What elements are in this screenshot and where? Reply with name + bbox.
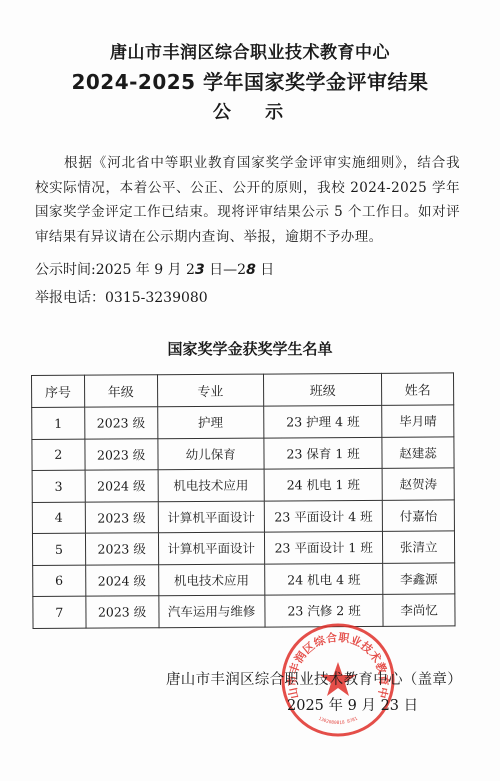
cell-seq: 4: [32, 502, 85, 534]
notice-paragraph: 根据《河北省中等职业教育国家奖学金评审实施细则》，结合我校实际情况，本着公平、公…: [35, 151, 460, 249]
cell-major: 汽车运用与维修: [158, 595, 265, 627]
signature-date: 2025 年 9 月 23 日: [287, 694, 418, 715]
cell-class: 23 平面设计 4 班: [264, 500, 383, 532]
phone-label: 举报电话：: [35, 290, 105, 306]
page-title: 2024-2025 学年国家奖学金评审结果: [0, 66, 500, 95]
cell-class: 24 机电 4 班: [265, 563, 384, 595]
cell-name: 李鑫源: [383, 562, 455, 594]
cell-seq: 2: [32, 439, 85, 471]
cell-major: 计算机平面设计: [158, 532, 265, 564]
period-label: 公示时间:: [35, 262, 96, 278]
cell-grade: 2023 级: [86, 596, 159, 628]
cell-major: 机电技术应用: [158, 469, 265, 501]
table-row: 4 2023 级 计算机平面设计 23 平面设计 4 班 付嘉怡: [32, 499, 454, 533]
period-suffix: 日: [256, 262, 274, 278]
header-name: 姓名: [382, 373, 454, 405]
notice-subtitle: 公 示: [0, 98, 500, 124]
svg-text:1302080018 8781: 1302080018 8781: [317, 716, 358, 726]
cell-grade: 2024 级: [85, 470, 158, 502]
cell-major: 计算机平面设计: [158, 501, 265, 533]
cell-seq: 6: [33, 565, 86, 597]
signature-org: 唐山市丰润区综合职业技术教育中心（盖章）: [166, 668, 462, 689]
cell-seq: 3: [32, 470, 85, 502]
table-row: 1 2023 级 护理 23 护理 4 班 毕月晴: [32, 405, 454, 439]
org-heading: 唐山市丰润区综合职业技术教育中心: [0, 38, 500, 63]
cell-grade: 2023 级: [85, 533, 158, 565]
header-seq: 序号: [32, 375, 85, 407]
cell-name: 毕月晴: [382, 405, 454, 437]
period-mid: 日—2: [205, 262, 246, 278]
awardee-table: 序号 年级 专业 班级 姓名 1 2023 级 护理 23 护理 4 班 毕月晴…: [31, 372, 456, 628]
cell-seq: 5: [32, 533, 85, 565]
cell-name: 赵贺涛: [382, 468, 454, 500]
table-row: 2 2023 级 幼儿保育 23 保育 1 班 赵建蕊: [32, 436, 454, 470]
cell-grade: 2023 级: [84, 407, 157, 439]
header-class: 班级: [263, 373, 382, 406]
cell-grade: 2023 级: [85, 438, 158, 470]
cell-class: 23 护理 4 班: [264, 405, 383, 437]
cell-class: 23 平面设计 1 班: [264, 531, 383, 563]
header-major: 专业: [157, 374, 264, 407]
cell-major: 机电技术应用: [158, 564, 265, 596]
table-title: 国家奖学金获奖学生名单: [0, 338, 500, 359]
period-prefix: 2025 年 9 月 2: [96, 262, 195, 278]
cell-seq: 1: [32, 407, 85, 439]
cell-class: 24 机电 1 班: [264, 468, 383, 500]
cell-name: 付嘉怡: [383, 499, 455, 531]
period-end-handwritten: 8: [246, 262, 256, 278]
phone-number: 0315-3239080: [105, 290, 208, 306]
header-grade: 年级: [84, 375, 157, 407]
cell-seq: 7: [33, 596, 86, 628]
table-row: 5 2023 级 计算机平面设计 23 平面设计 1 班 张清立: [32, 531, 454, 565]
seal-code: 1302080018 8781: [317, 716, 358, 726]
report-phone: 举报电话：0315-3239080: [35, 287, 208, 307]
table-row: 3 2024 级 机电技术应用 24 机电 1 班 赵贺涛: [32, 468, 454, 502]
cell-name: 张清立: [383, 531, 455, 563]
cell-grade: 2023 级: [85, 501, 158, 533]
cell-name: 赵建蕊: [382, 436, 454, 468]
cell-grade: 2024 级: [85, 564, 158, 596]
cell-class: 23 保育 1 班: [264, 437, 383, 469]
cell-major: 幼儿保育: [157, 438, 264, 470]
notice-period: 公示时间:2025 年 9 月 23 日—28 日: [35, 259, 274, 279]
cell-major: 护理: [157, 406, 264, 438]
period-start-handwritten: 3: [195, 262, 205, 278]
table-row: 6 2024 级 机电技术应用 24 机电 4 班 李鑫源: [33, 562, 455, 596]
table-header-row: 序号 年级 专业 班级 姓名: [32, 373, 454, 408]
